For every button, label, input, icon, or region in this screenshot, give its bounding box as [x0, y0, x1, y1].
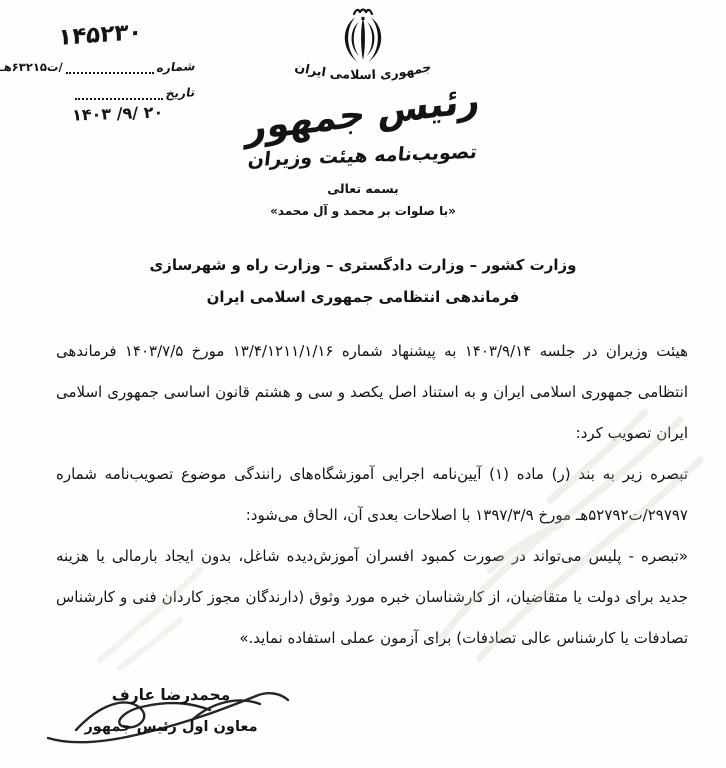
addressee-ministries: وزارت کشور – وزارت دادگستری – وزارت راه … [0, 249, 726, 281]
basmala-line: بسمه تعالی [0, 181, 726, 196]
paragraph-tabsereh: «تبصره - پلیس می‌تواند در صورت کمبود افس… [56, 536, 688, 659]
invocation: بسمه تعالی «با صلوات بر محمد و آل محمد» [0, 181, 726, 218]
paragraph-approval: هیئت وزیران در جلسه ۱۴۰۳/۹/۱۴ به پیشنهاد… [56, 331, 688, 454]
decree-document: ۱۴۵۲۳۰ شماره /ت۶۳۲۱۵هـ تاریخ ۲۰ /۹/ ۱۴۰۳ [0, 0, 726, 768]
iran-emblem-icon [336, 6, 390, 64]
signatory-name: محمدرضا عارف [46, 686, 296, 704]
svg-text:جمهوری اسلامی ایران: جمهوری اسلامی ایران [293, 60, 432, 82]
decree-body: هیئت وزیران در جلسه ۱۴۰۳/۹/۱۴ به پیشنهاد… [56, 331, 688, 659]
signature-scrawl-icon [40, 672, 302, 758]
salawat-line: «با صلوات بر محمد و آل محمد» [0, 204, 726, 218]
addressees: وزارت کشور – وزارت دادگستری – وزارت راه … [0, 249, 726, 313]
paragraph-amendment: تبصره زیر به بند (ر) ماده (۱) آیین‌نامه … [56, 454, 688, 536]
signatory-title: معاون اول رئیس جمهور [46, 719, 296, 735]
signature-block: محمدرضا عارف معاون اول رئیس جمهور [46, 686, 296, 735]
letterhead: جمهوری اسلامی ایران رئیس جمهور تصویب‌نام… [0, 6, 726, 167]
emblem-caption: جمهوری اسلامی ایران [293, 60, 432, 82]
addressee-police-command: فرماندهی انتظامی جمهوری اسلامی ایران [0, 281, 726, 313]
document-type-title: تصویب‌نامه هیئت وزیران [247, 141, 478, 171]
